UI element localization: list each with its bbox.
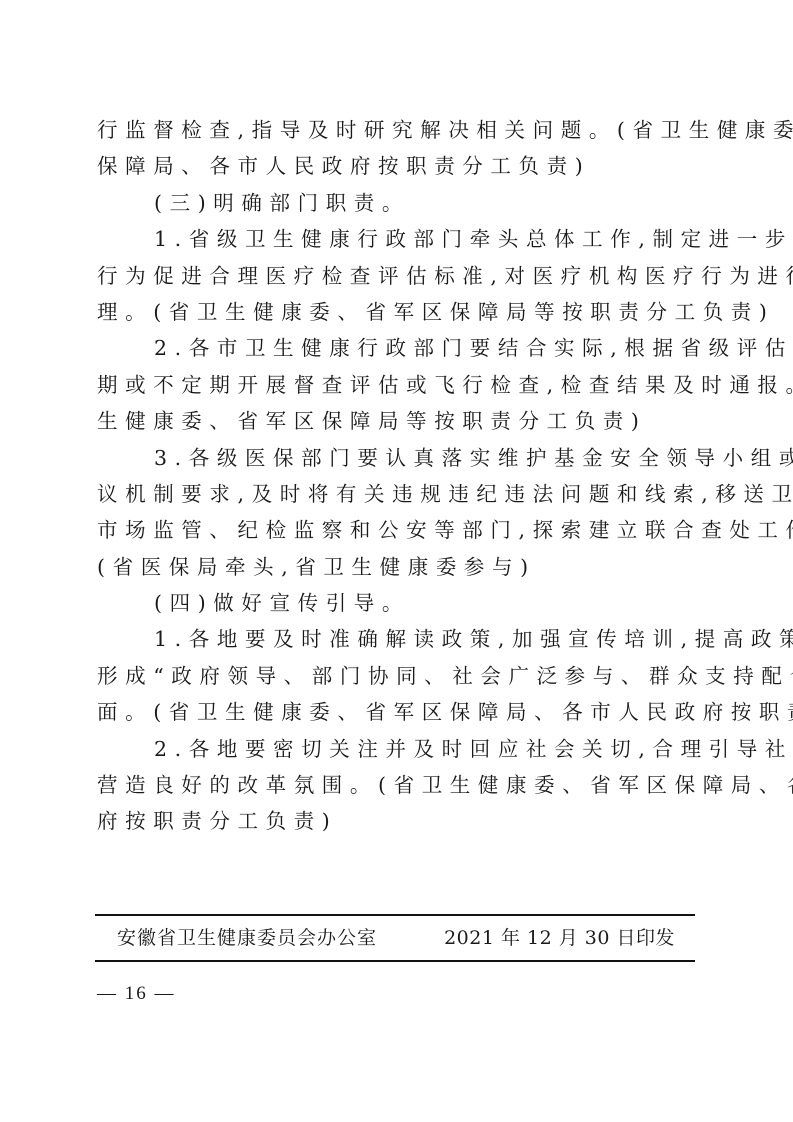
text-line: 市场监管、纪检监察和公安等部门,探索建立联合查处工作机制。 — [97, 512, 697, 548]
text-line: 议机制要求,及时将有关违规违纪违法问题和线索,移送卫生健康、 — [97, 476, 697, 512]
text-line: 2.各市卫生健康行政部门要结合实际,根据省级评估标准,定 — [97, 330, 697, 366]
text-line: 形成“政府领导、部门协同、社会广泛参与、群众支持配合”的良好局 — [97, 658, 697, 694]
footer-row: 安徽省卫生健康委员会办公室 2021 年 12 月 30 日印发 — [95, 916, 695, 960]
section-heading: (三)明确部门职责。 — [97, 185, 697, 221]
text-line: 营造良好的改革氛围。(省卫生健康委、省军区保障局、各市人民政 — [97, 767, 697, 803]
text-line: 保障局、各市人民政府按职责分工负责) — [97, 148, 697, 184]
bottom-rule — [95, 960, 695, 962]
page-number: — 16 — — [97, 983, 176, 1005]
issuer: 安徽省卫生健康委员会办公室 — [117, 916, 377, 960]
text-line: 府按职责分工负责) — [97, 803, 697, 839]
text-line: 面。(省卫生健康委、省军区保障局、各市人民政府按职责分工负责) — [97, 694, 697, 730]
issuance-footer: 安徽省卫生健康委员会办公室 2021 年 12 月 30 日印发 — [95, 914, 695, 962]
text-line: 理。(省卫生健康委、省军区保障局等按职责分工负责) — [97, 294, 697, 330]
text-line: (省医保局牵头,省卫生健康委参与) — [97, 549, 697, 585]
text-line: 3.各级医保部门要认真落实维护基金安全领导小组或联席会 — [97, 440, 697, 476]
text-line: 期或不定期开展督查评估或飞行检查,检查结果及时通报。(省卫 — [97, 367, 697, 403]
text-line: 行为促进合理医疗检查评估标准,对医疗机构医疗行为进行监督管 — [97, 258, 697, 294]
document-page: 行监督检查,指导及时研究解决相关问题。(省卫生健康委、省军区 保障局、各市人民政… — [0, 0, 793, 1122]
section-heading: (四)做好宣传引导。 — [97, 585, 697, 621]
body-text: 行监督检查,指导及时研究解决相关问题。(省卫生健康委、省军区 保障局、各市人民政… — [97, 112, 697, 840]
issue-date: 2021 年 12 月 30 日印发 — [444, 916, 675, 960]
text-line: 行监督检查,指导及时研究解决相关问题。(省卫生健康委、省军区 — [97, 112, 697, 148]
text-line: 1.省级卫生健康行政部门牵头总体工作,制定进一步规范医疗 — [97, 221, 697, 257]
text-line: 2.各地要密切关注并及时回应社会关切,合理引导社会预期, — [97, 731, 697, 767]
text-line: 生健康委、省军区保障局等按职责分工负责) — [97, 403, 697, 439]
text-line: 1.各地要及时准确解读政策,加强宣传培训,提高政策知晓率, — [97, 621, 697, 657]
